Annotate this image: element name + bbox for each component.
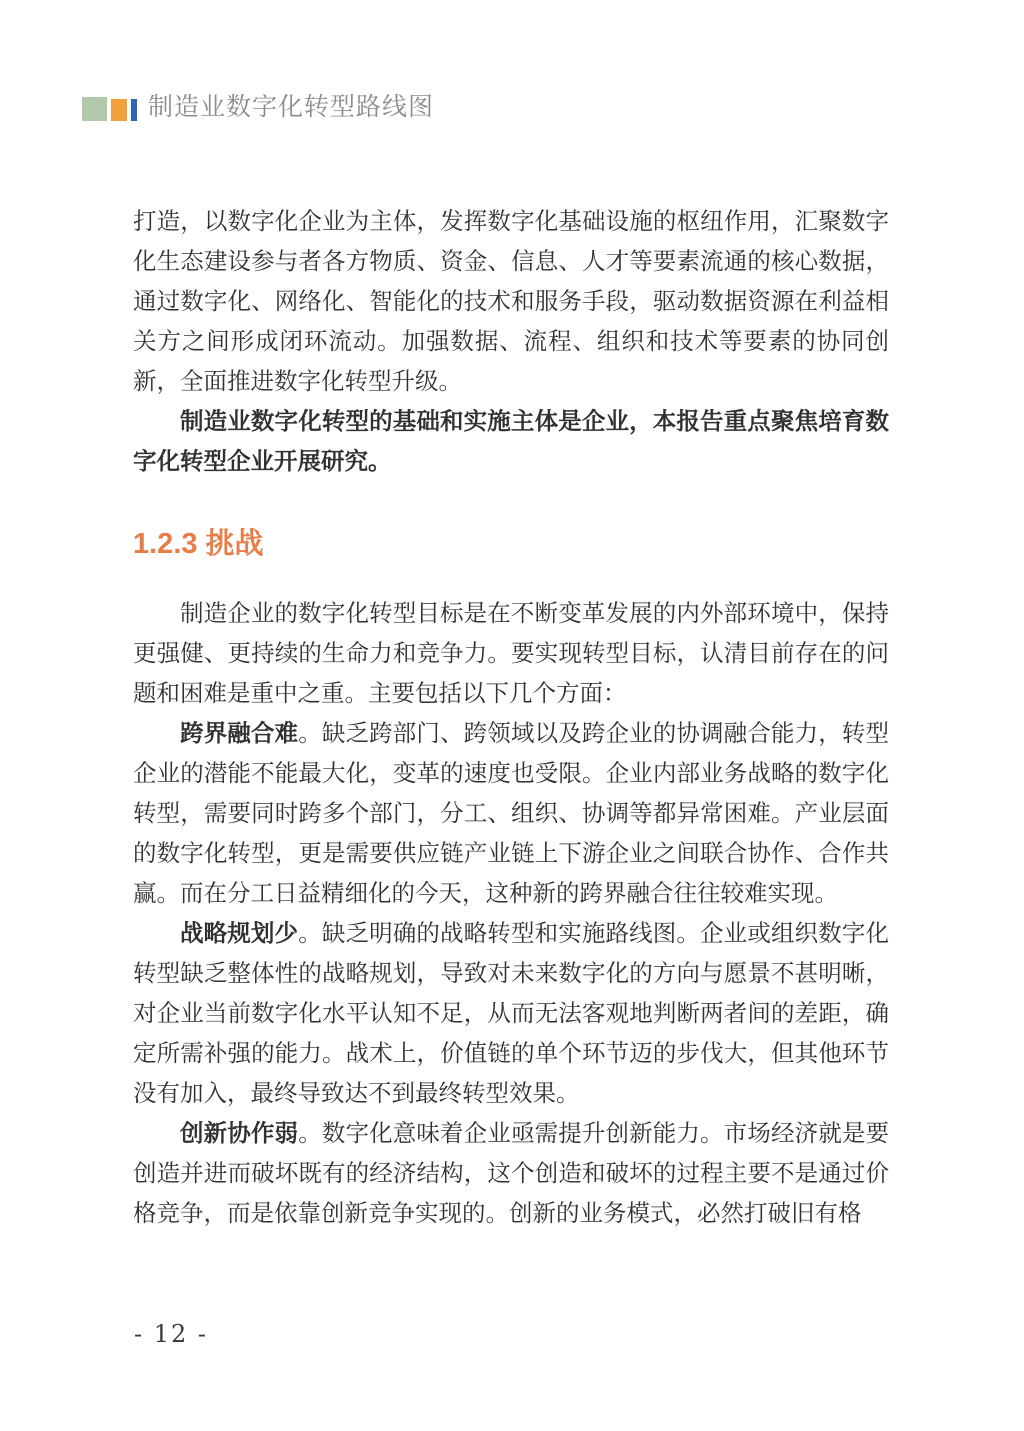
- paragraph-strategy-planning: 战略规划少。缺乏明确的战略转型和实施路线图。企业或组织数字化转型缺乏整体性的战略…: [133, 913, 889, 1113]
- paragraph-continuation: 打造，以数字化企业为主体，发挥数字化基础设施的枢纽作用，汇聚数字化生态建设参与者…: [133, 201, 889, 401]
- paragraph-intro: 制造企业的数字化转型目标是在不断变革发展的内外部环境中，保持更强健、更持续的生命…: [133, 593, 889, 713]
- paragraph-text: 。缺乏跨部门、跨领域以及跨企业的协调融合能力，转型企业的潜能不能最大化，变革的速…: [133, 720, 889, 906]
- paragraph-text: 打造，以数字化企业为主体，发挥数字化基础设施的枢纽作用，汇聚数字化生态建设参与者…: [133, 208, 889, 394]
- paragraph-lead: 创新协作弱: [180, 1120, 298, 1146]
- header-orange-square-icon: [111, 99, 127, 121]
- page-body: 打造，以数字化企业为主体，发挥数字化基础设施的枢纽作用，汇聚数字化生态建设参与者…: [133, 201, 889, 1233]
- paragraph-innovation-collaboration: 创新协作弱。数字化意味着企业亟需提升创新能力。市场经济就是要创造并进而破坏既有的…: [133, 1113, 889, 1233]
- paragraph-bold-summary: 制造业数字化转型的基础和实施主体是企业，本报告重点聚焦培育数字化转型企业开展研究…: [133, 401, 889, 481]
- paragraph-text: 。缺乏明确的战略转型和实施路线图。企业或组织数字化转型缺乏整体性的战略规划，导致…: [133, 920, 889, 1106]
- paragraph-lead: 战略规划少: [180, 920, 298, 946]
- document-running-title: 制造业数字化转型路线图: [148, 95, 434, 121]
- header-green-square-icon: [82, 97, 107, 121]
- paragraph-lead: 跨界融合难: [180, 720, 298, 746]
- paragraph-text: 制造业数字化转型的基础和实施主体是企业，本报告重点聚焦培育数字化转型企业开展研究…: [133, 408, 889, 474]
- header-blue-bar-icon: [131, 99, 137, 121]
- page-header: 制造业数字化转型路线图: [82, 95, 434, 121]
- paragraph-text: 制造企业的数字化转型目标是在不断变革发展的内外部环境中，保持更强健、更持续的生命…: [133, 600, 889, 706]
- page-number: - 12 -: [134, 1320, 208, 1348]
- document-page: { "header": { "title": "制造业数字化转型路线图" }, …: [0, 0, 1024, 1431]
- paragraph-cross-domain: 跨界融合难。缺乏跨部门、跨领域以及跨企业的协调融合能力，转型企业的潜能不能最大化…: [133, 713, 889, 913]
- section-heading: 1.2.3 挑战: [133, 527, 889, 562]
